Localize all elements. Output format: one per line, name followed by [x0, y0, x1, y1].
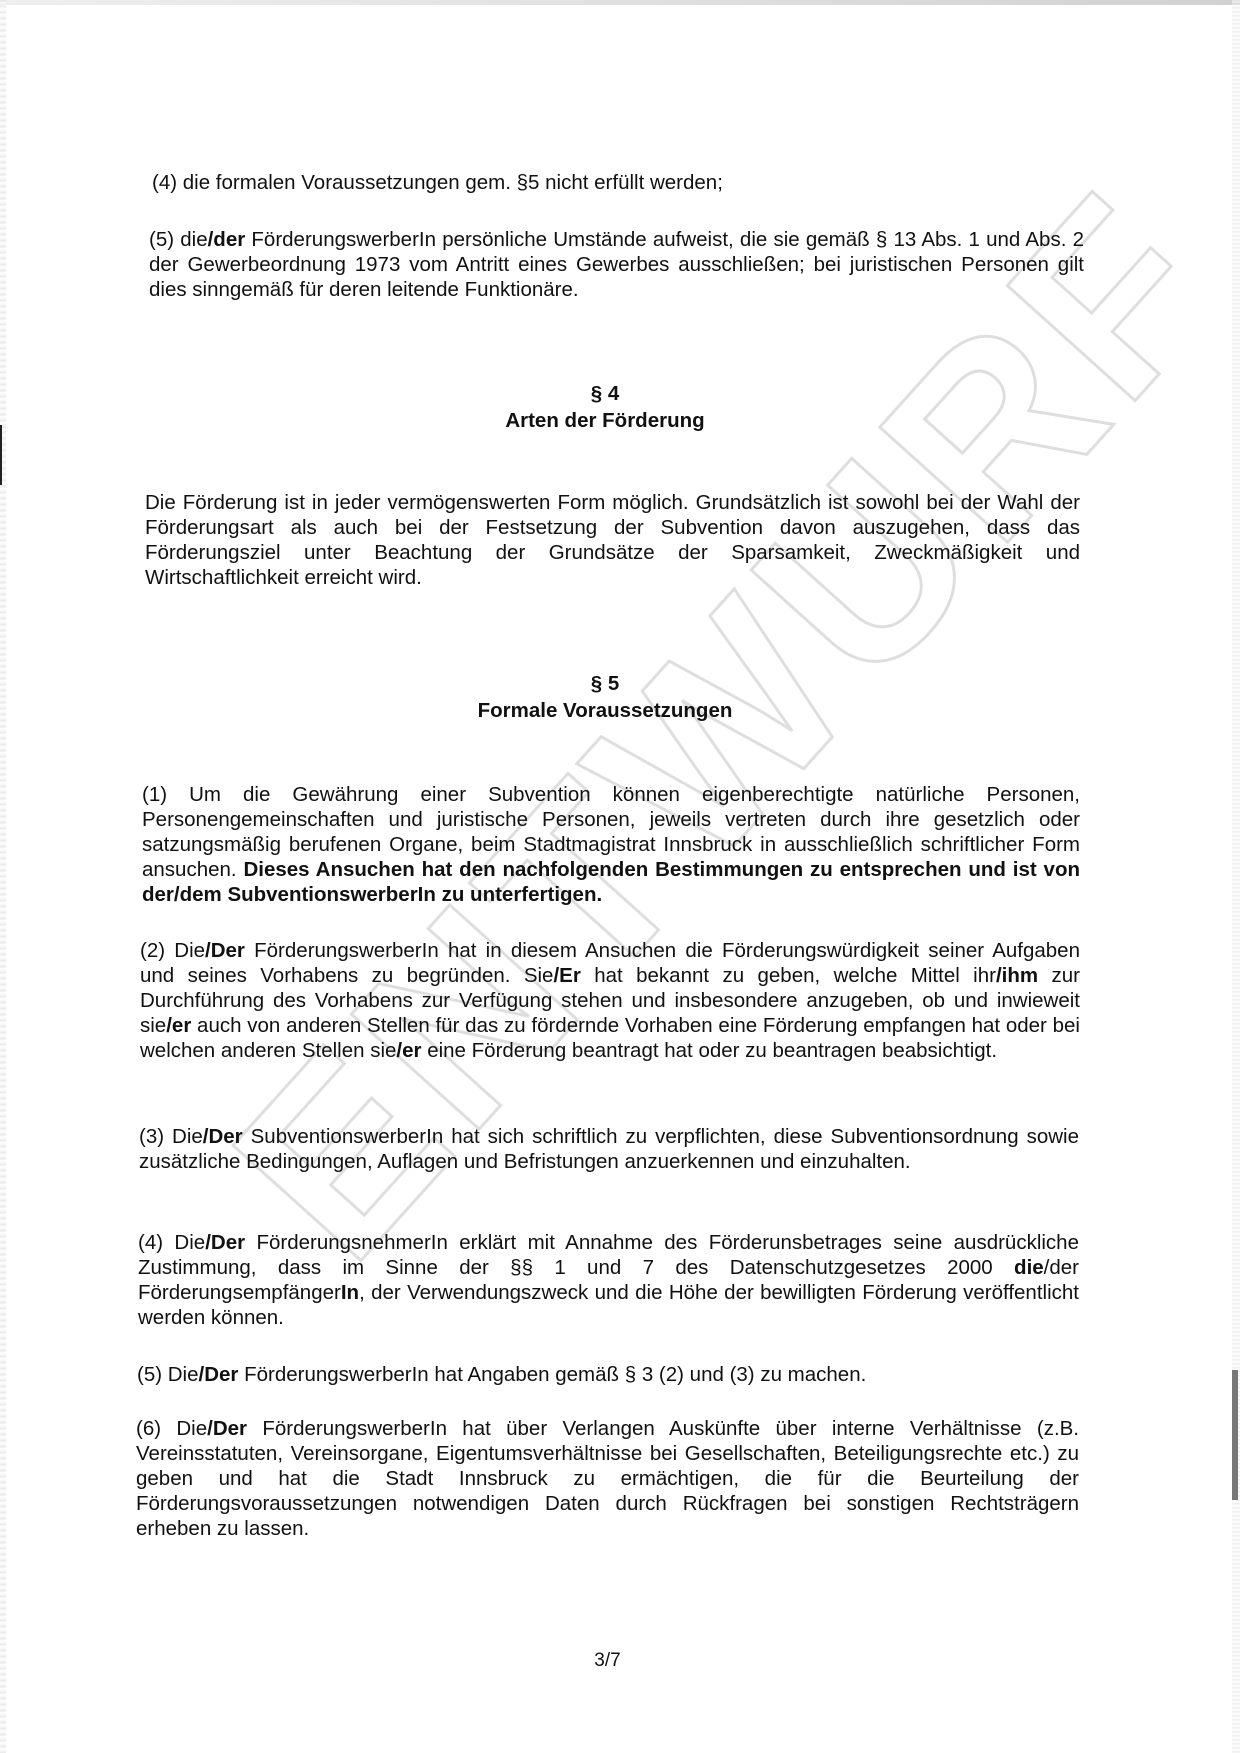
text-run: (4) die formalen Voraussetzungen gem. §5…: [152, 171, 723, 194]
section-5-paragraph-3: (3) Die/Der SubventionswerberIn hat sich…: [139, 1124, 1079, 1174]
bold-text-run: /der: [208, 228, 246, 251]
section-5-number: § 5: [0, 671, 1210, 696]
section-4-number: § 4: [0, 381, 1210, 406]
bold-text-run: /Der: [199, 1363, 239, 1386]
bold-text-run: In: [341, 1281, 359, 1304]
section-5-paragraph-4: (4) Die/Der FörderungsnehmerIn erklärt m…: [138, 1230, 1079, 1330]
document-page: (4) die formalen Voraussetzungen gem. §5…: [0, 0, 1240, 1753]
section-5-paragraph-5: (5) Die/Der FörderungswerberIn hat Angab…: [137, 1362, 1079, 1387]
text-run: (5) die: [149, 228, 208, 251]
bold-text-run: /Der: [205, 1231, 245, 1254]
section-5-paragraph-2: (2) Die/Der FörderungswerberIn hat in di…: [140, 938, 1080, 1063]
text-run: (6) Die: [136, 1417, 207, 1440]
text-run: FörderungswerberIn hat Angaben gemäß § 3…: [238, 1363, 866, 1386]
text-run: SubventionswerberIn hat sich schriftlich…: [139, 1125, 1079, 1173]
section-4-paragraph: Die Förderung ist in jeder vermögenswert…: [145, 490, 1080, 590]
section-5-paragraph-6: (6) Die/Der FörderungswerberIn hat über …: [136, 1416, 1079, 1541]
text-run: FörderungsnehmerIn erklärt mit Annahme d…: [138, 1231, 1079, 1279]
text-run: Die Förderung ist in jeder vermögenswert…: [145, 491, 1080, 589]
bold-text-run: /Der: [207, 1417, 247, 1440]
text-run: hat bekannt zu geben, welche Mittel ihr: [581, 964, 996, 987]
text-run: (3) Die: [139, 1125, 203, 1148]
bold-text-run: /ihm: [996, 964, 1038, 987]
text-run: FörderungswerberIn hat über Verlangen Au…: [136, 1417, 1079, 1540]
text-run: FörderungswerberIn persönliche Umstände …: [149, 228, 1084, 301]
page-number: 3/7: [0, 1650, 1215, 1672]
text-run: eine Förderung beantragt hat oder zu bea…: [422, 1039, 998, 1062]
text-run: (4) Die: [138, 1231, 205, 1254]
text-run: (5) Die: [137, 1363, 199, 1386]
bold-text-run: /er: [396, 1039, 421, 1062]
bold-text-run: Dieses Ansuchen hat den nachfolgenden Be…: [142, 858, 1080, 906]
section-5-title: Formale Voraussetzungen: [0, 698, 1210, 723]
bold-text-run: /Er: [553, 964, 580, 987]
text-run: (2) Die: [140, 939, 205, 962]
bold-text-run: /er: [166, 1014, 191, 1037]
bold-text-run: /Der: [205, 939, 245, 962]
section-4-title: Arten der Förderung: [0, 408, 1210, 433]
section-5-paragraph-1: (1) Um die Gewährung einer Subvention kö…: [142, 782, 1080, 907]
intro-item-5: (5) die/der FörderungswerberIn persönlic…: [149, 227, 1084, 302]
intro-item-4: (4) die formalen Voraussetzungen gem. §5…: [152, 170, 1082, 195]
bold-text-run: die: [1014, 1256, 1044, 1279]
bold-text-run: /Der: [203, 1125, 243, 1148]
